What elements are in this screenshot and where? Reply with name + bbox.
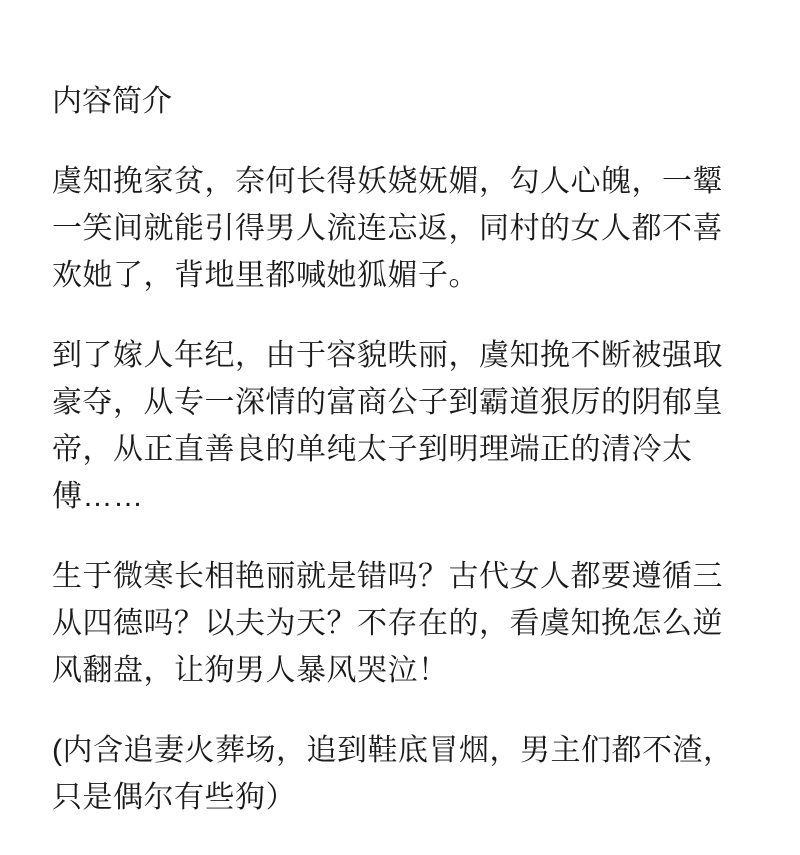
synopsis-paragraph-note: (内含追妻火葬场，追到鞋底冒烟，男主们都不渣，只是偶尔有些狗） xyxy=(52,727,748,821)
synopsis-heading: 内容简介 xyxy=(52,78,748,125)
synopsis-paragraph-comeback: 生于微寒长相艳丽就是错吗？古代女人都要遵循三从四德吗？以夫为天？不存在的，看虞知… xyxy=(52,553,748,694)
synopsis-paragraph-intro: 虞知挽家贫，奈何长得妖娆妩媚，勾人心魄，一颦一笑间就能引得男人流连忘返，同村的女… xyxy=(52,158,748,299)
synopsis-page: 内容简介 虞知挽家贫，奈何长得妖娆妩媚，勾人心魄，一颦一笑间就能引得男人流连忘返… xyxy=(0,0,800,855)
synopsis-paragraph-suitors: 到了嫁人年纪，由于容貌昳丽，虞知挽不断被强取豪夺，从专一深情的富商公子到霸道狠厉… xyxy=(52,332,748,520)
